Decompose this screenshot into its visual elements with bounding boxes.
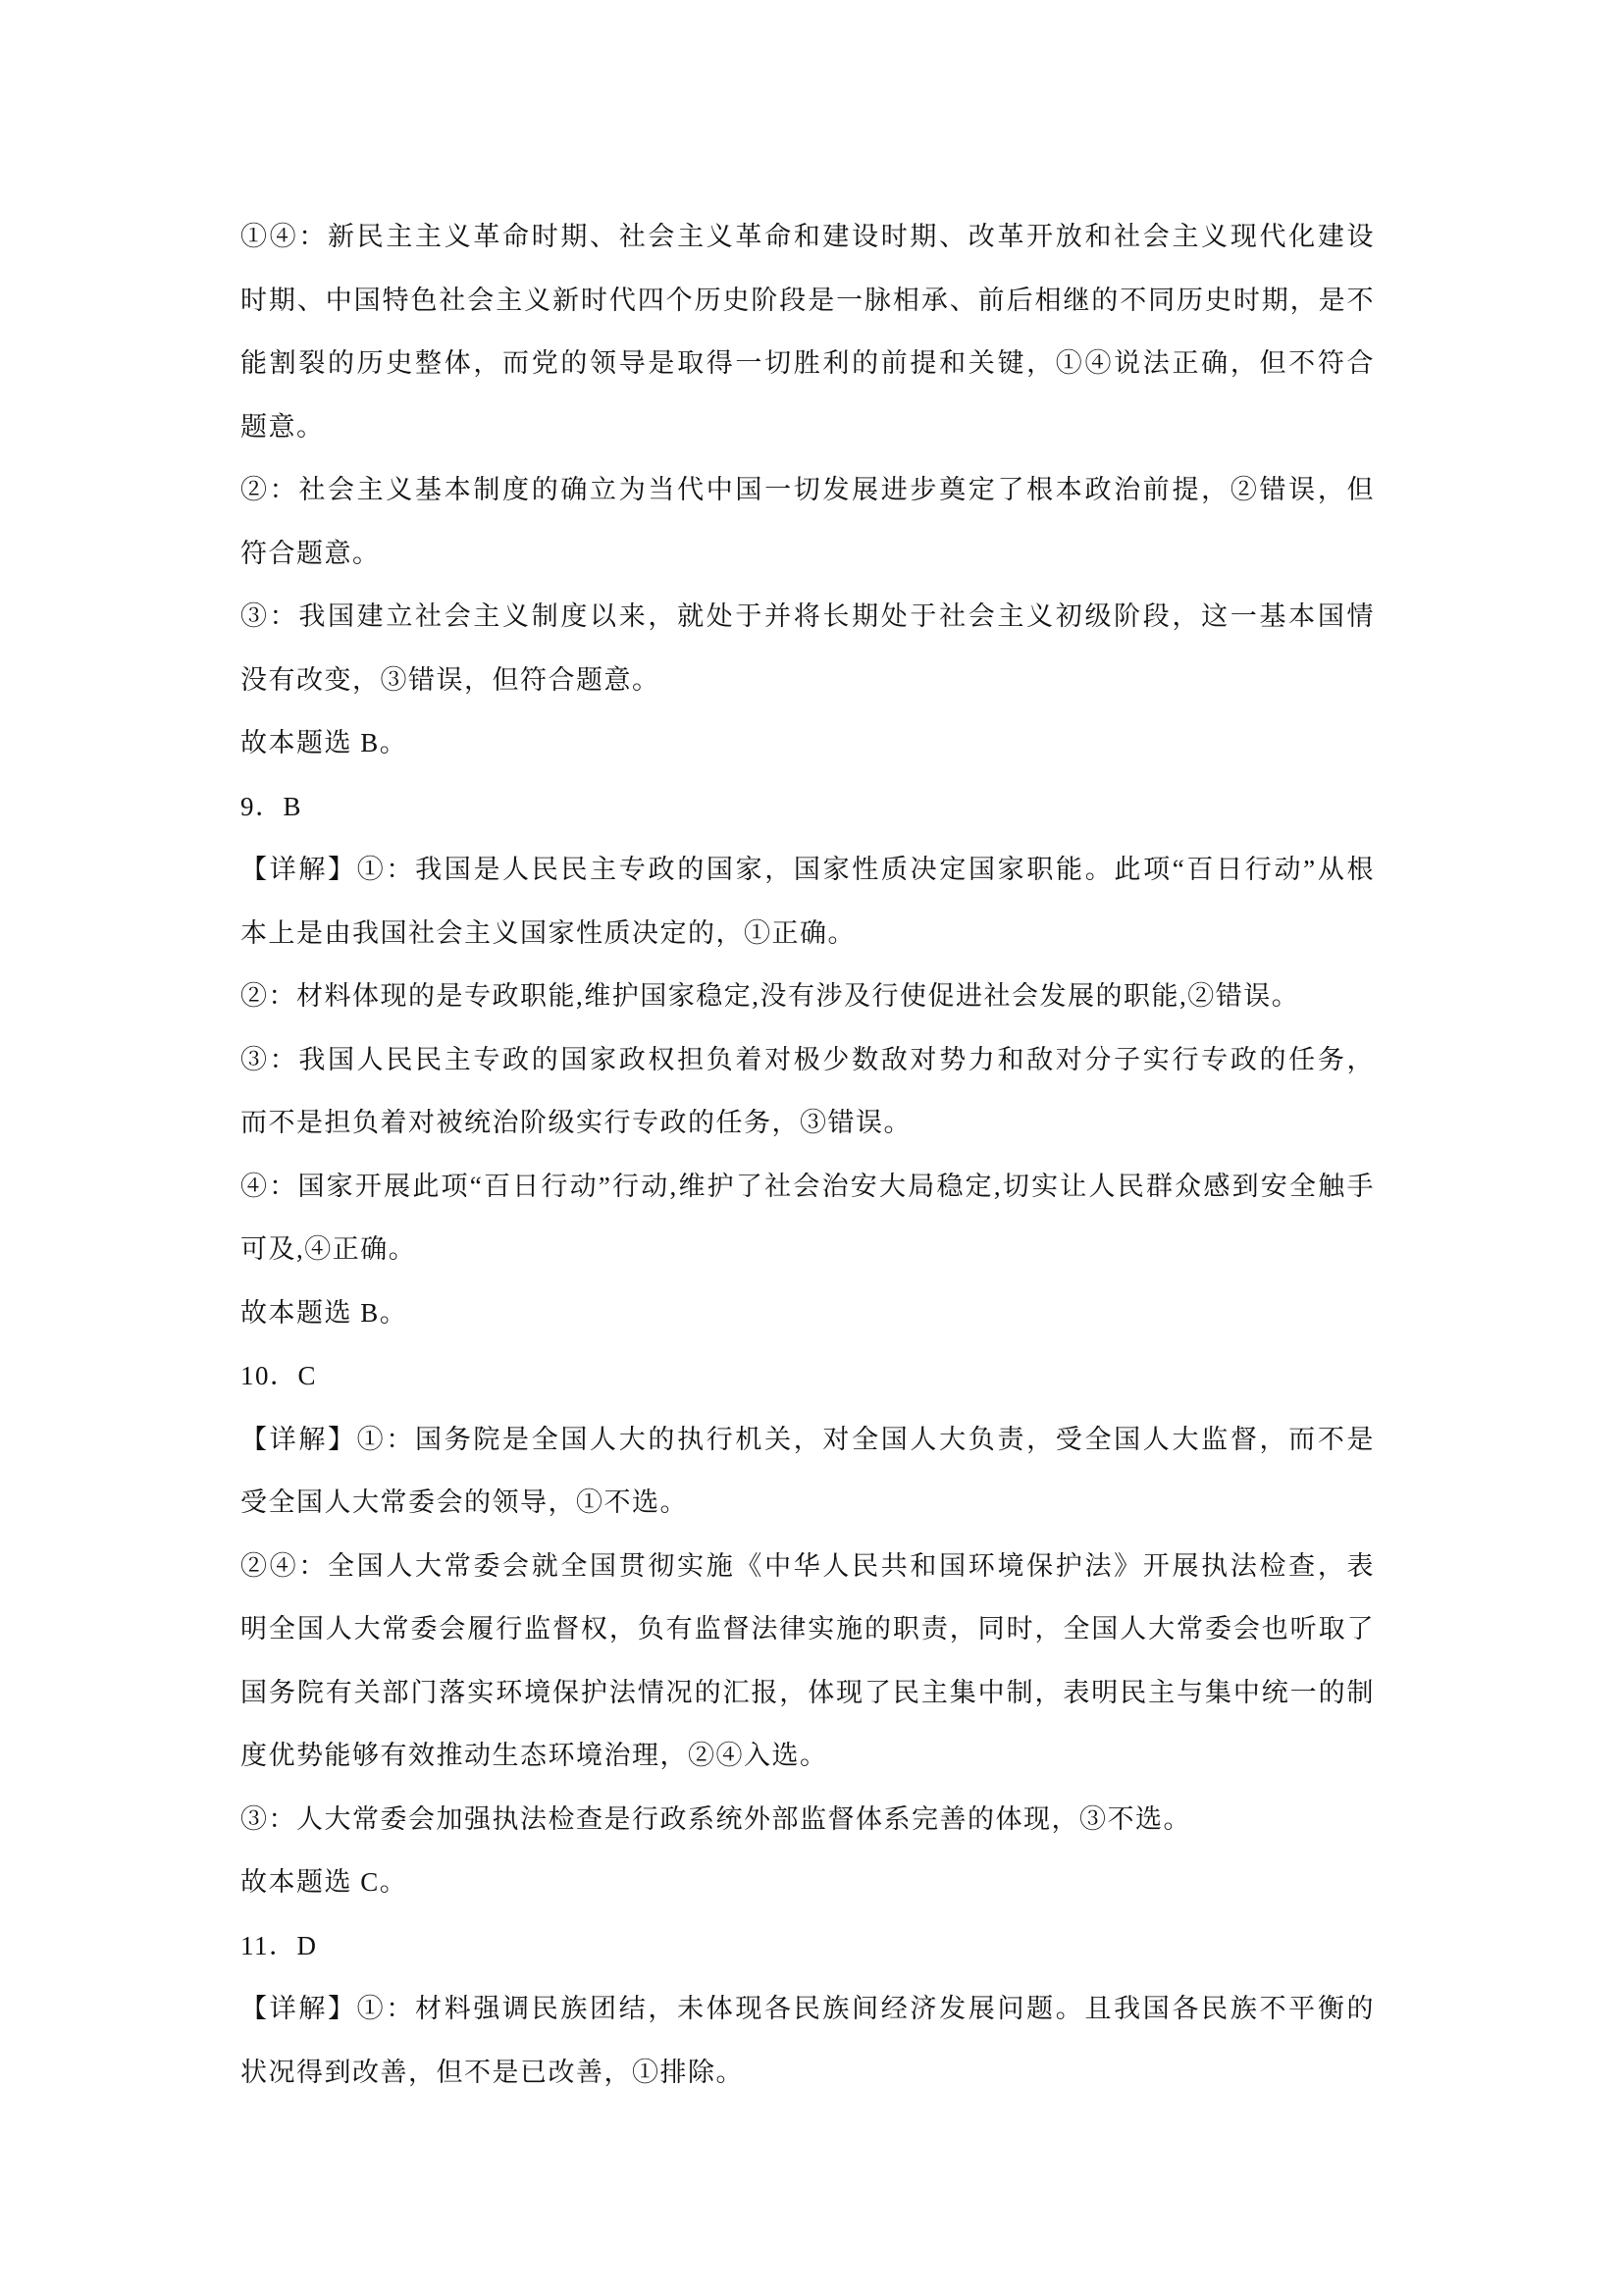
explanation-text-line: 符合题意。 [240, 522, 1375, 586]
document-page: ①④：新民主主义革命时期、社会主义革命和建设时期、改革开放和社会主义现代化建设时… [0, 0, 1623, 2296]
explanation-text-line: ①④：新民主主义革命时期、社会主义革命和建设时期、改革开放和社会主义现代化建设 [240, 205, 1375, 269]
explanation-text-line: 本上是由我国社会主义国家性质决定的，①正确。 [240, 902, 1375, 965]
question-answer-line: 9．B [240, 775, 1375, 839]
explanation-text-line: ④：国家开展此项“百日行动”行动,维护了社会治安大局稳定,切实让人民群众感到安全… [240, 1155, 1375, 1219]
explanation-text-line: ③：我国建立社会主义制度以来，就处于并将长期处于社会主义初级阶段，这一基本国情 [240, 585, 1375, 649]
explanation-text-line: 度优势能够有效推动生态环境治理，②④入选。 [240, 1724, 1375, 1788]
question-answer-line: 10．C [240, 1344, 1375, 1408]
explanation-text-line: 没有改变，③错误，但符合题意。 [240, 649, 1375, 712]
explanation-header-line: 【详解】①：国务院是全国人大的执行机关，对全国人大负责，受全国人大监督，而不是 [240, 1408, 1375, 1472]
explanation-text-line: 国务院有关部门落实环境保护法情况的汇报，体现了民主集中制，表明民主与集中统一的制 [240, 1661, 1375, 1725]
explanation-text-line: 能割裂的历史整体，而党的领导是取得一切胜利的前提和关键，①④说法正确，但不符合 [240, 332, 1375, 395]
answer-conclusion-line: 故本题选 C。 [240, 1851, 1375, 1914]
answer-conclusion-line: 故本题选 B。 [240, 711, 1375, 775]
explanation-text-line: 时期、中国特色社会主义新时代四个历史阶段是一脉相承、前后相继的不同历史时期，是不 [240, 269, 1375, 333]
answer-conclusion-line: 故本题选 B。 [240, 1281, 1375, 1345]
question-answer-line: 11．D [240, 1914, 1375, 1978]
explanation-text-line: 状况得到改善，但不是已改善，①排除。 [240, 2041, 1375, 2105]
answer-explanations-text-block: ①④：新民主主义革命时期、社会主义革命和建设时期、改革开放和社会主义现代化建设时… [240, 205, 1375, 2104]
explanation-text-line: ②：材料体现的是专政职能,维护国家稳定,没有涉及行使促进社会发展的职能,②错误。 [240, 965, 1375, 1028]
explanation-text-line: ③：我国人民民主专政的国家政权担负着对极少数敌对势力和敌对分子实行专政的任务， [240, 1028, 1375, 1092]
explanation-text-line: ②：社会主义基本制度的确立为当代中国一切发展进步奠定了根本政治前提，②错误，但 [240, 458, 1375, 522]
explanation-text-line: ③：人大常委会加强执法检查是行政系统外部监督体系完善的体现，③不选。 [240, 1788, 1375, 1852]
explanation-header-line: 【详解】①：材料强调民族团结，未体现各民族间经济发展问题。且我国各民族不平衡的 [240, 1977, 1375, 2041]
explanation-text-line: 受全国人大常委会的领导，①不选。 [240, 1471, 1375, 1535]
explanation-text-line: ②④：全国人大常委会就全国贯彻实施《中华人民共和国环境保护法》开展执法检查，表 [240, 1535, 1375, 1598]
explanation-header-line: 【详解】①：我国是人民民主专政的国家，国家性质决定国家职能。此项“百日行动”从根 [240, 838, 1375, 902]
explanation-text-line: 而不是担负着对被统治阶级实行专政的任务，③错误。 [240, 1091, 1375, 1155]
explanation-text-line: 可及,④正确。 [240, 1218, 1375, 1281]
explanation-text-line: 明全国人大常委会履行监督权，负有监督法律实施的职责，同时，全国人大常委会也听取了 [240, 1597, 1375, 1661]
explanation-text-line: 题意。 [240, 395, 1375, 459]
